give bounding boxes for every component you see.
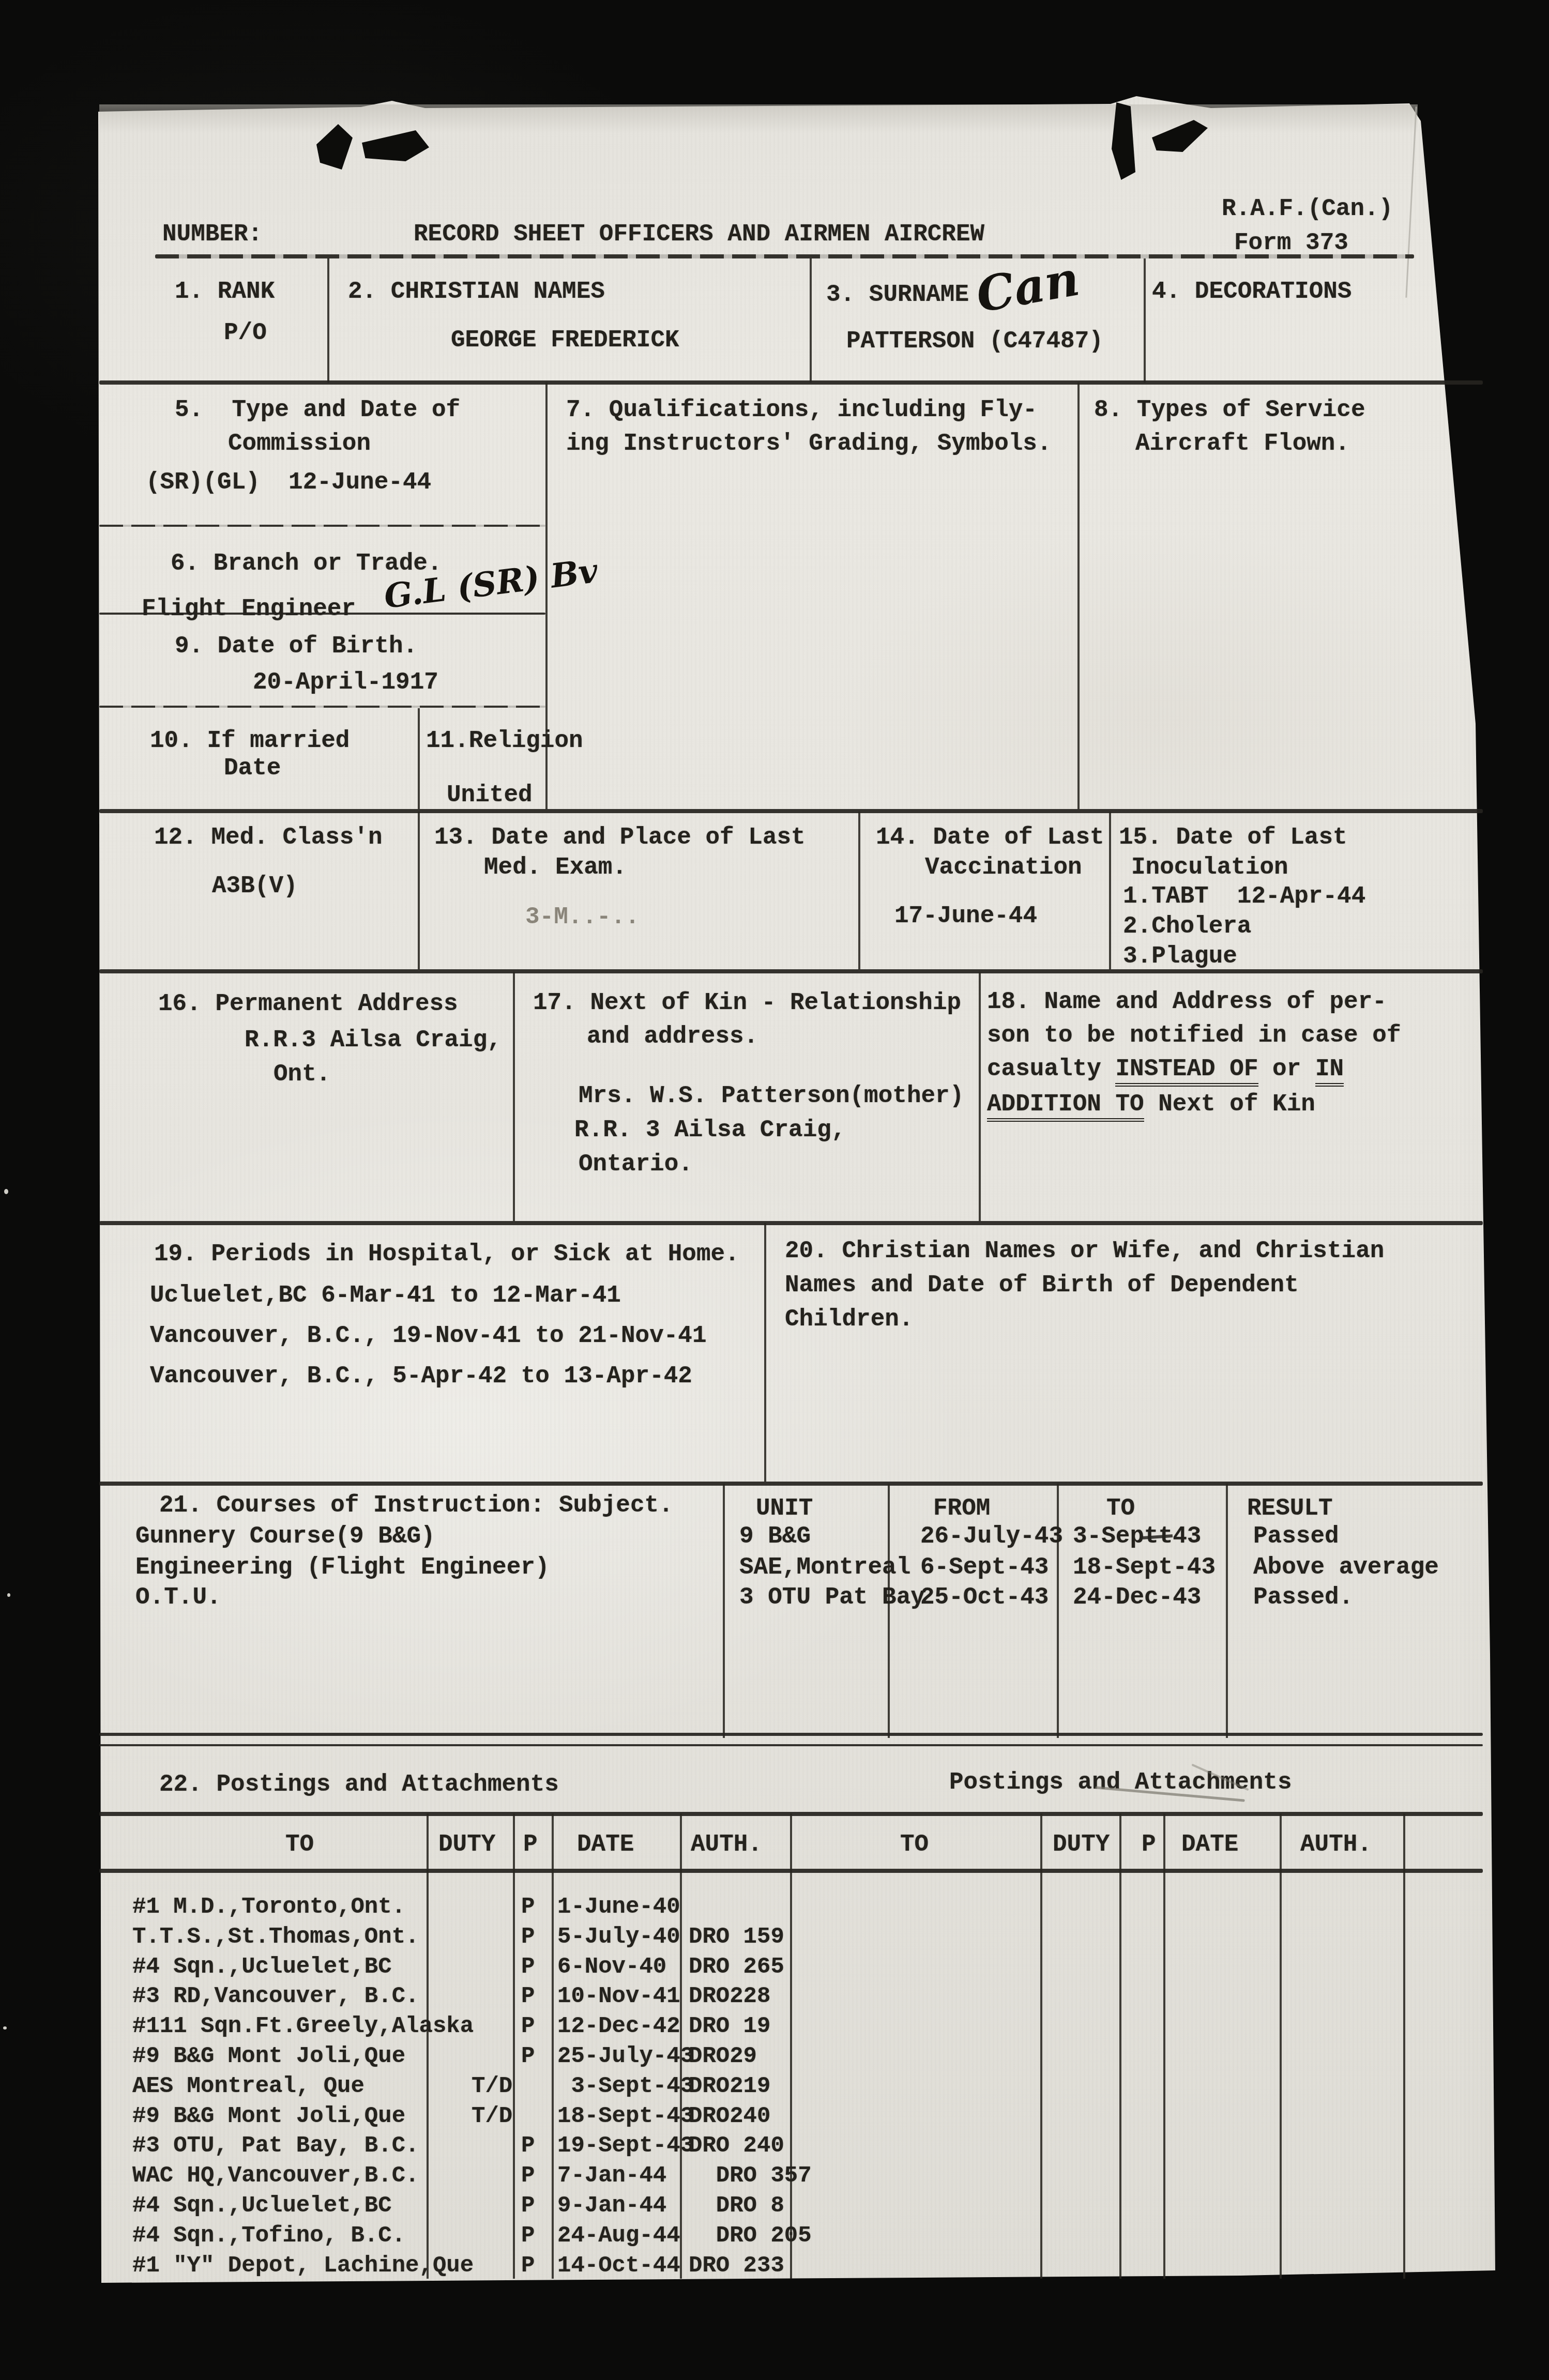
kin-line: Mrs. W.S. Patterson(mother) (579, 1081, 964, 1111)
notify-line: 18. Name and Address of per- (987, 987, 1387, 1017)
rank-label: 1. RANK (175, 277, 275, 307)
notify-line: son to be notified in case of (987, 1021, 1401, 1051)
posting-row-date: 25-July-43 (557, 2042, 694, 2071)
divider (810, 258, 812, 383)
divider (513, 1813, 515, 2279)
rule (99, 809, 1483, 813)
posting-row-to: #111 Sqn.Ft.Greely,Alaska (132, 2012, 474, 2041)
birth-value: 20-April-1917 (253, 668, 438, 698)
kin-line: R.R. 3 Ailsa Craig, (574, 1116, 846, 1146)
posting-row-date: 14-Oct-44 (557, 2252, 680, 2280)
course-row-to: 24-Dec-43 (1073, 1583, 1201, 1613)
religion-label: 11.Religion (426, 726, 583, 756)
posting-row-auth: DRO 240 (689, 2132, 784, 2160)
divider (418, 812, 420, 969)
posting-row-date: 3-Sept-43 (557, 2072, 694, 2101)
commission-value: (SR)(GL) 12-June-44 (146, 468, 431, 498)
courses-col-from: FROM (933, 1494, 990, 1524)
posting-row-to: #9 B&G Mont Joli,Que (132, 2042, 405, 2071)
rule (99, 613, 545, 615)
hospital-label: 19. Periods in Hospital, or Sick at Home… (154, 1240, 739, 1270)
inoculation-item: 3.Plague (1123, 942, 1237, 972)
posting-row-auth: DRO 8 (689, 2192, 784, 2220)
course-row-subject: Gunnery Course(9 B&G) (135, 1522, 435, 1552)
rule (99, 1221, 1483, 1225)
divider (1144, 258, 1146, 383)
divider (1403, 1813, 1405, 2279)
postings-header-p: P (523, 1830, 538, 1860)
rule (99, 706, 545, 708)
address-line: R.R.3 Ailsa Craig, (245, 1026, 502, 1056)
branch-value: Flight Engineer (142, 594, 356, 624)
divider (1109, 812, 1111, 969)
postings-header-p-2: P (1142, 1830, 1156, 1860)
posting-row-p: P (521, 2132, 535, 2160)
divider (1280, 1813, 1282, 2279)
posting-row-to: #3 RD,Vancouver, B.C. (132, 1982, 419, 2011)
hospital-line: Vancouver, B.C., 19-Nov-41 to 21-Nov-41 (150, 1321, 707, 1351)
posting-row-auth: DRO240 (689, 2102, 770, 2131)
med-exam-label2: Med. Exam. (484, 853, 627, 883)
posting-row-p: P (521, 2012, 535, 2041)
postings-header-date: DATE (577, 1830, 634, 1860)
posting-row-date: 19-Sept-43 (557, 2132, 694, 2160)
postings-header-date-2: DATE (1181, 1830, 1238, 1860)
postings-header-auth: AUTH. (691, 1830, 762, 1860)
divider (764, 1223, 766, 1482)
posting-row-to: #1 "Y" Depot, Lachine,Que (132, 2252, 474, 2280)
posting-row-to: #9 B&G Mont Joli,Que (132, 2102, 405, 2131)
notify-in: IN (1315, 1056, 1344, 1087)
divider (1119, 1813, 1121, 2279)
married-date-label: Date (224, 754, 281, 784)
posting-row-date: 7-Jan-44 (557, 2162, 666, 2190)
postings-header-auth-2: AUTH. (1300, 1830, 1372, 1860)
divider (723, 1484, 725, 1738)
posting-row-date: 5-July-40 (557, 1923, 680, 1951)
paper-top-shading (99, 104, 1418, 133)
posting-row-auth: DRO 357 (689, 2162, 812, 2190)
posting-row-duty: T/D (472, 2102, 512, 2131)
posting-row-to: #4 Sqn.,Ucluelet,BC (132, 1953, 392, 1981)
course-row-unit: 9 B&G (739, 1522, 811, 1552)
posting-row-auth: DRO 233 (689, 2252, 784, 2280)
dust-speck (7, 1593, 10, 1597)
address-line: Ont. (274, 1060, 330, 1090)
rule (99, 380, 1483, 385)
divider (790, 1813, 792, 2279)
posting-row-p: P (521, 2192, 535, 2220)
posting-row-to: AES Montreal, Que (132, 2072, 365, 2101)
posting-row-date: 1-June-40 (557, 1893, 680, 1921)
posting-row-p: P (521, 1893, 535, 1921)
postings-header-duty: DUTY (438, 1830, 495, 1860)
hospital-line: Ucluelet,BC 6-Mar-41 to 12-Mar-41 (150, 1281, 621, 1311)
course-row-subject: Engineering (Flight Engineer) (135, 1553, 550, 1583)
rule (99, 969, 1483, 973)
posting-row-auth: DRO228 (689, 1982, 770, 2011)
commission-label2: Commission (228, 429, 371, 459)
posting-row-auth: DRO 159 (689, 1923, 784, 1951)
rank-value: P/O (224, 318, 267, 348)
posting-row-date: 18-Sept-43 (557, 2102, 694, 2131)
inoculation-item: 1.TABT 12-Apr-44 (1123, 882, 1365, 912)
med-class-value: A3B(V) (212, 872, 298, 902)
divider (979, 972, 981, 1221)
commission-label: 5. Type and Date of (175, 395, 460, 425)
divider (1163, 1813, 1165, 2279)
course-row-result: Passed. (1253, 1583, 1353, 1613)
med-exam-value: 3-M..-.. (525, 903, 640, 933)
course-row-result: Passed (1253, 1522, 1339, 1552)
aircraft-label: 8. Types of Service (1094, 395, 1365, 425)
married-label: 10. If married (150, 726, 350, 756)
decorations-label: 4. DECORATIONS (1152, 277, 1351, 307)
dust-speck (3, 2026, 7, 2030)
vaccination-value: 17-June-44 (894, 902, 1037, 932)
posting-row-p: P (521, 1953, 535, 1981)
posting-row-p: P (521, 1923, 535, 1951)
notify-addition-to: ADDITION TO (987, 1091, 1144, 1122)
rule (99, 1733, 1483, 1736)
course-row-from: 6-Sept-43 (920, 1553, 1049, 1583)
notify-instead-of: INSTEAD OF (1115, 1056, 1258, 1087)
divider (858, 812, 860, 969)
course-row-from: 25-Oct-43 (920, 1583, 1049, 1613)
posting-row-p: P (521, 2042, 535, 2071)
hospital-line: Vancouver, B.C., 5-Apr-42 to 13-Apr-42 (150, 1362, 692, 1392)
notify-text: or (1258, 1056, 1315, 1082)
posting-row-auth: DRO219 (689, 2072, 770, 2101)
course-row-result: Above average (1253, 1553, 1439, 1583)
postings-label-right: Postings and Attachments (949, 1768, 1292, 1798)
posting-row-to: WAC HQ,Vancouver,B.C. (132, 2162, 419, 2190)
scanned-record-sheet: NUMBER: RECORD SHEET OFFICERS AND AIRMEN… (0, 0, 1549, 2380)
christian-names-label: 2. CHRISTIAN NAMES (348, 277, 605, 307)
org-label: R.A.F.(Can.) (1222, 194, 1393, 224)
posting-row-p: P (521, 2252, 535, 2280)
rule (99, 525, 545, 527)
divider (327, 258, 329, 383)
posting-row-date: 12-Dec-42 (557, 2012, 680, 2041)
course-row-to: 18-Sept-43 (1073, 1553, 1216, 1583)
divider (427, 1813, 429, 2279)
number-label: NUMBER: (162, 220, 262, 250)
posting-row-date: 10-Nov-41 (557, 1982, 680, 2011)
rule (99, 1482, 1483, 1486)
course-row-unit: SAE,Montreal (739, 1553, 910, 1583)
inoculation-label: 15. Date of Last (1119, 823, 1347, 853)
posting-row-to: T.T.S.,St.Thomas,Ont. (132, 1923, 419, 1951)
posting-row-to: #3 OTU, Pat Bay, B.C. (132, 2132, 419, 2160)
courses-col-to: TO (1106, 1494, 1135, 1524)
dependents-line: Children. (785, 1305, 913, 1335)
med-exam-label: 13. Date and Place of Last (434, 823, 806, 853)
kin-label2: and address. (587, 1022, 758, 1052)
courses-col-unit: UNIT (756, 1494, 813, 1524)
posting-row-p: P (521, 2162, 535, 2190)
posting-row-p: P (521, 2222, 535, 2250)
course-row-from: 26-July-43 (920, 1522, 1063, 1552)
birth-label: 9. Date of Birth. (175, 632, 417, 662)
postings-header-duty-2: DUTY (1053, 1830, 1110, 1860)
inoculation-label2: Inoculation (1131, 853, 1288, 883)
divider (1226, 1484, 1228, 1738)
posting-row-p: P (521, 1982, 535, 2011)
religion-value: United (447, 781, 533, 811)
vaccination-label2: Vaccination (925, 853, 1082, 883)
posting-row-to: #4 Sqn.,Ucluelet,BC (132, 2192, 392, 2220)
posting-row-auth: DRO 205 (689, 2222, 812, 2250)
dependents-line: 20. Christian Names or Wife, and Christi… (785, 1237, 1384, 1267)
aircraft-label2: Aircraft Flown. (1135, 429, 1349, 459)
course-row-subject: O.T.U. (135, 1583, 221, 1613)
christian-names-value: GEORGE FREDERICK (451, 326, 679, 356)
notify-text: Next of Kin (1144, 1091, 1315, 1118)
postings-header-to: TO (285, 1830, 314, 1860)
surname-value: PATTERSON (C47487) (846, 327, 1103, 357)
qualifications-label2: ing Instructors' Grading, Symbols. (566, 429, 1052, 459)
form-number: Form 373 (1234, 228, 1348, 258)
header-rule (155, 254, 1414, 258)
posting-row-to: #1 M.D.,Toronto,Ont. (132, 1893, 405, 1921)
address-label: 16. Permanent Address (158, 989, 458, 1019)
posting-row-date: 6-Nov-40 (557, 1953, 666, 1981)
rule (99, 1744, 1483, 1746)
posting-row-date: 9-Jan-44 (557, 2192, 666, 2220)
courses-label: 21. Courses of Instruction: Subject. (159, 1491, 673, 1521)
page-title: RECORD SHEET OFFICERS AND AIRMEN AIRCREW (414, 220, 984, 250)
posting-row-auth: DRO 265 (689, 1953, 784, 1981)
course-row-unit: 3 OTU Pat Bay (739, 1583, 925, 1613)
posting-row-duty: T/D (472, 2072, 512, 2101)
divider (1077, 383, 1080, 809)
notify-line: casualty INSTEAD OF or IN (987, 1055, 1344, 1085)
notify-line: ADDITION TO Next of Kin (987, 1090, 1315, 1120)
notify-text: casualty (987, 1056, 1115, 1082)
vaccination-label: 14. Date of Last (876, 823, 1104, 853)
postings-label-left: 22. Postings and Attachments (159, 1770, 559, 1800)
posting-row-auth: DRO 19 (689, 2012, 770, 2041)
course-row-to: 3-Septt43 (1073, 1522, 1201, 1552)
posting-row-date: 24-Aug-44 (557, 2222, 680, 2250)
surname-label: 3. SURNAME (826, 280, 969, 310)
postings-header-to-2: TO (900, 1830, 929, 1860)
divider (513, 972, 515, 1221)
divider (1040, 1813, 1042, 2279)
courses-col-result: RESULT (1247, 1494, 1333, 1524)
divider (552, 1813, 554, 2279)
inoculation-item: 2.Cholera (1123, 912, 1251, 942)
divider (545, 383, 548, 809)
dust-speck (4, 1189, 8, 1194)
kin-label: 17. Next of Kin - Relationship (533, 988, 961, 1018)
qualifications-label: 7. Qualifications, including Fly- (566, 395, 1037, 425)
med-class-label: 12. Med. Class'n (154, 823, 383, 853)
kin-line: Ontario. (579, 1150, 693, 1180)
posting-row-to: #4 Sqn.,Tofino, B.C. (132, 2222, 405, 2250)
dependents-line: Names and Date of Birth of Dependent (785, 1271, 1299, 1301)
posting-row-auth: DRO29 (689, 2042, 757, 2071)
divider (418, 708, 420, 809)
